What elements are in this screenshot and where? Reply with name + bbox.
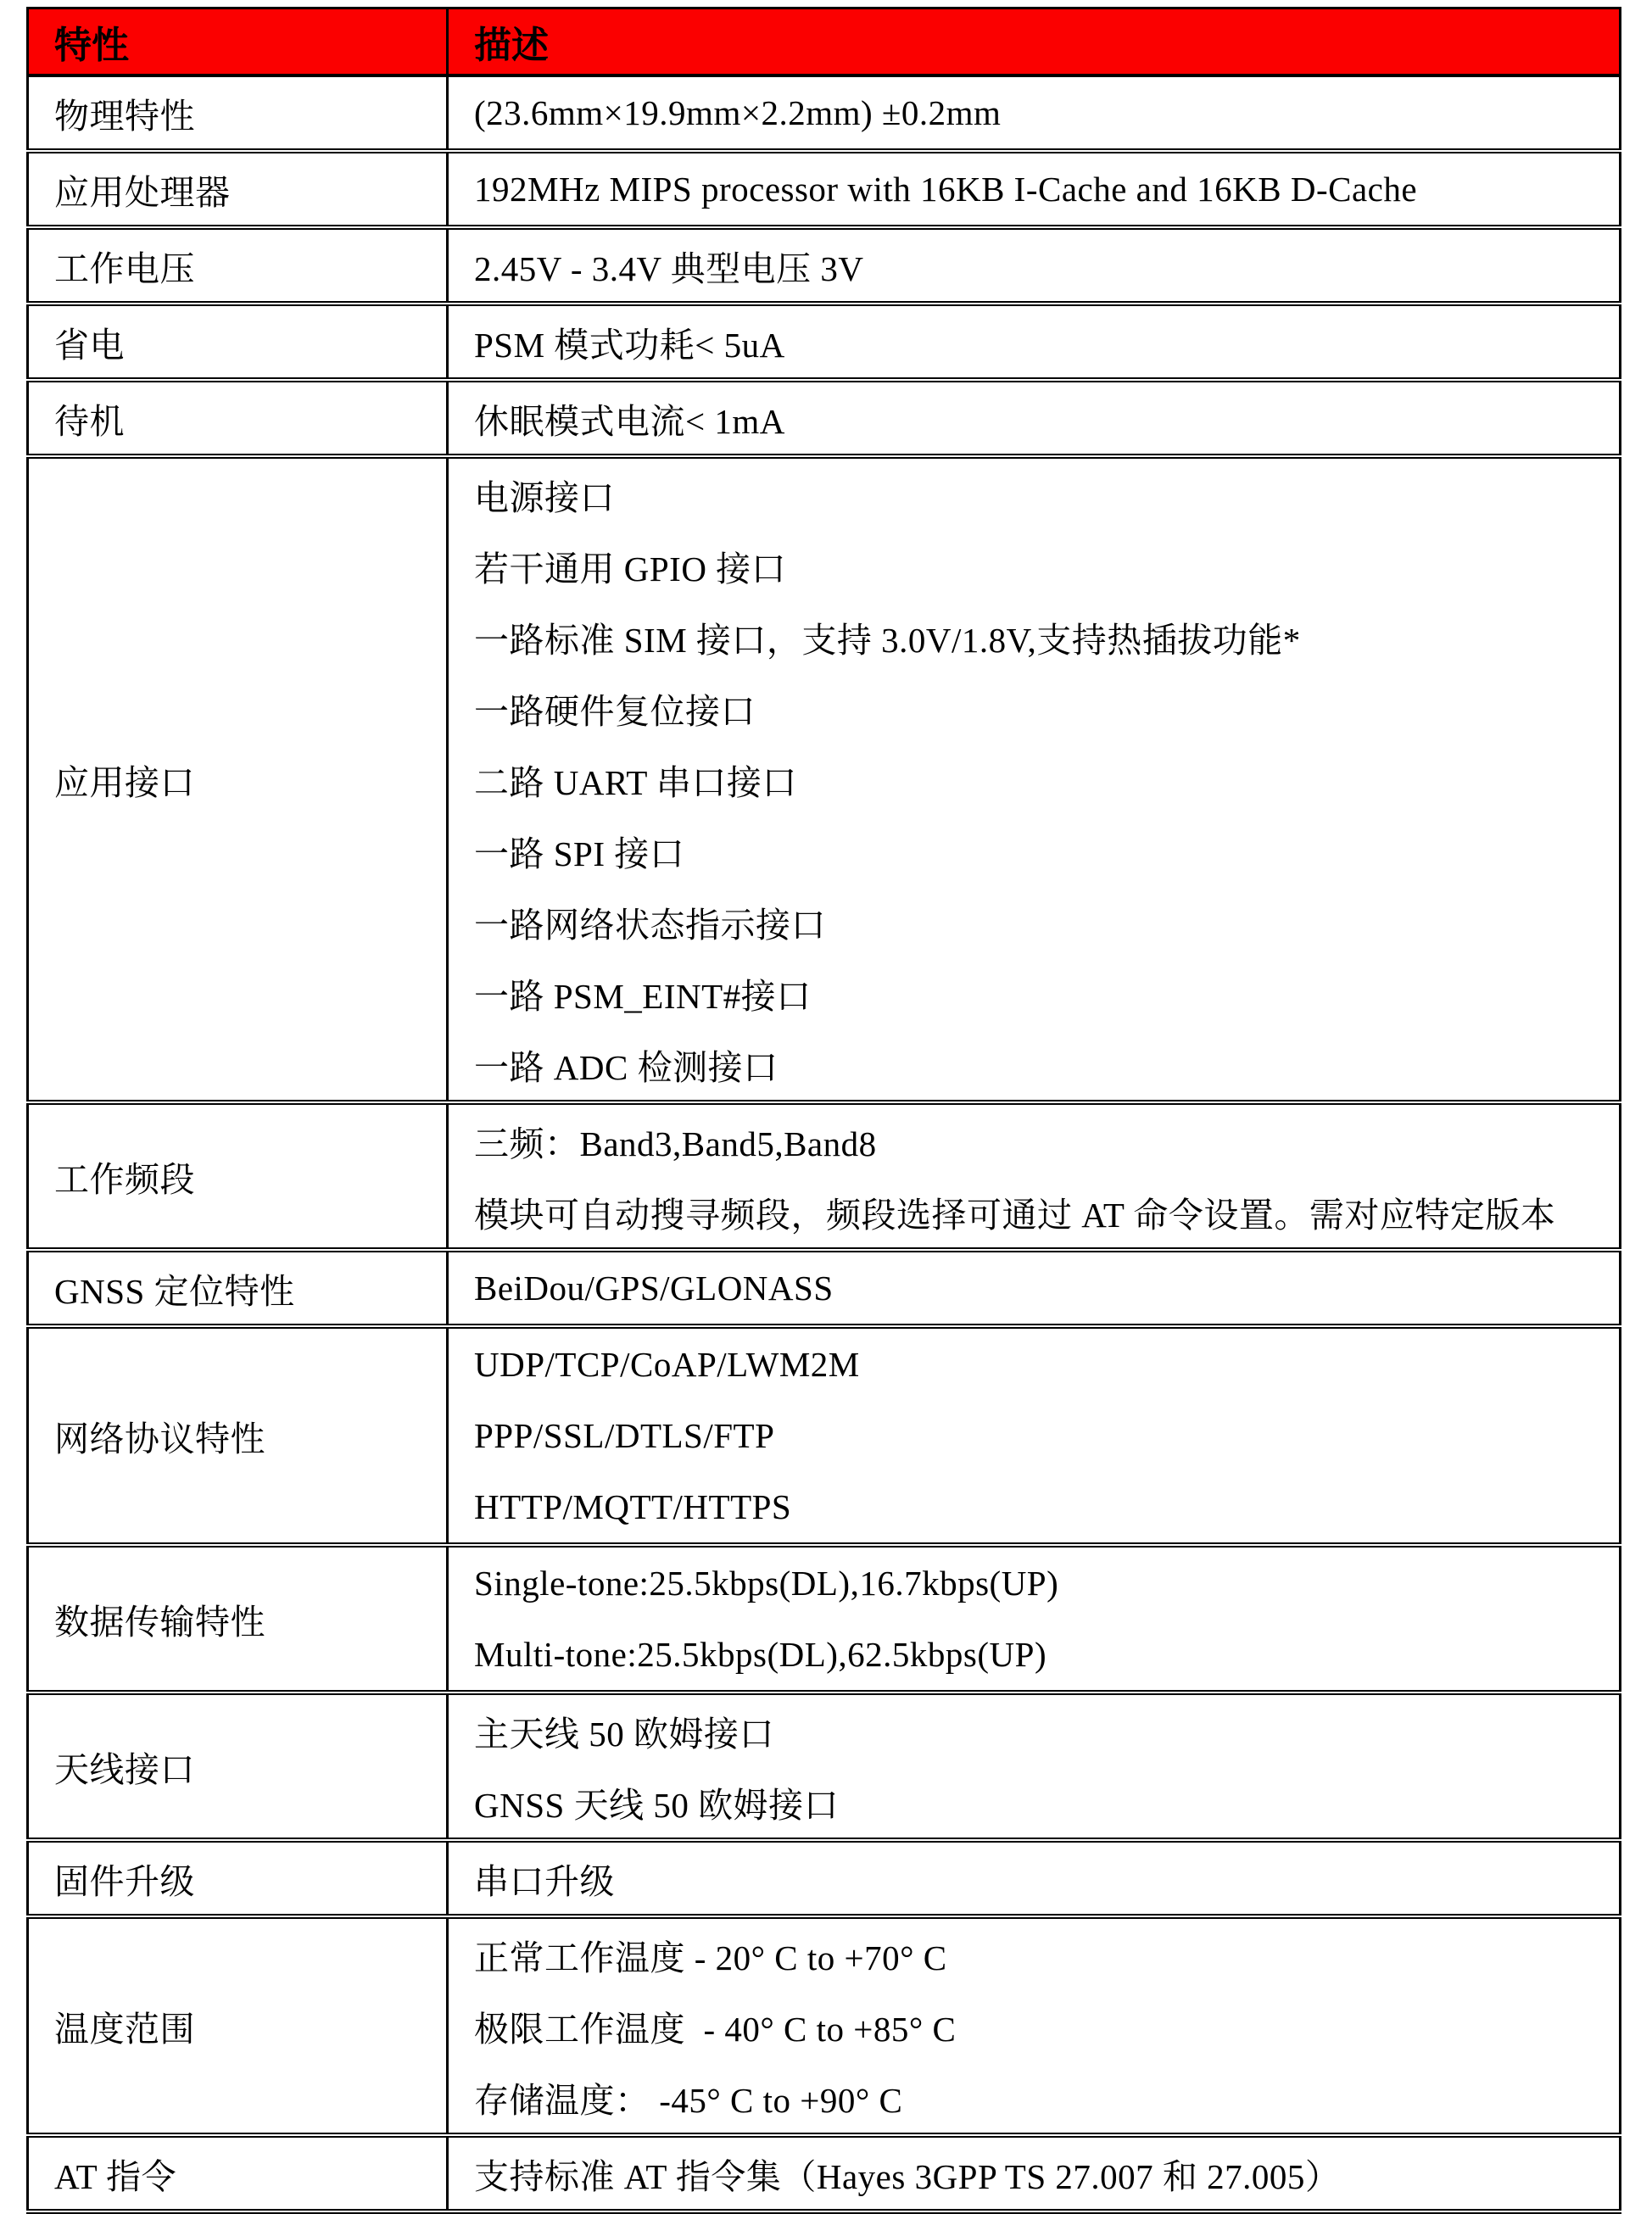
description-cell: 主天线 50 欧姆接口GNSS 天线 50 欧姆接口	[448, 1693, 1621, 1840]
description-line: UDP/TCP/CoAP/LWM2M	[474, 1329, 1614, 1400]
feature-cell: 工作电压	[28, 227, 448, 304]
description-line: 三频：Band3,Band5,Band8	[474, 1105, 1614, 1176]
feature-label: 数据传输特性	[54, 1583, 441, 1654]
table-row: 固件升级串口升级	[28, 1840, 1621, 1916]
description-line: 支持标准 AT 指令集（Hayes 3GPP TS 27.007 和 27.00…	[474, 2138, 1614, 2209]
description-line: 一路 ADC 检测接口	[474, 1029, 1614, 1100]
table-row: GNSS 定位特性BeiDou/GPS/GLONASS	[28, 1250, 1621, 1326]
feature-label: 网络协议特性	[54, 1400, 441, 1471]
description-line: 一路标准 SIM 接口，支持 3.0V/1.8V,支持热插拔功能*	[474, 601, 1614, 672]
table-row: 物理特性(23.6mm×19.9mm×2.2mm) ±0.2mm	[28, 75, 1621, 151]
description-cell: 串口升级	[448, 1840, 1621, 1916]
document-page: 特性 描述 物理特性(23.6mm×19.9mm×2.2mm) ±0.2mm应用…	[0, 0, 1652, 2203]
feature-cell: 省电	[28, 304, 448, 380]
description-line: BeiDou/GPS/GLONASS	[474, 1252, 1614, 1324]
feature-cell: 温度范围	[28, 1916, 448, 2135]
feature-label: 物理特性	[54, 77, 441, 148]
feature-cell: 网络协议特性	[28, 1326, 448, 1545]
description-line: 一路网络状态指示接口	[474, 886, 1614, 957]
description-cell: 休眠模式电流< 1mA	[448, 380, 1621, 456]
feature-cell: AT 指令	[28, 2135, 448, 2211]
description-line: 串口升级	[474, 1843, 1614, 1914]
feature-cell: 应用接口	[28, 456, 448, 1102]
description-line: 一路 PSM_EINT#接口	[474, 957, 1614, 1029]
feature-label: 天线接口	[54, 1731, 441, 1802]
description-line: HTTP/MQTT/HTTPS	[474, 1471, 1614, 1542]
description-line: 模块可自动搜寻频段，频段选择可通过 AT 命令设置。需对应特定版本	[474, 1176, 1614, 1247]
description-cell: PSM 模式功耗< 5uA	[448, 304, 1621, 380]
table-header-row: 特性 描述	[28, 8, 1621, 76]
feature-label: AT 指令	[54, 2138, 441, 2209]
feature-label: GNSS 定位特性	[54, 1252, 441, 1324]
description-line: 二路 UART 串口接口	[474, 744, 1614, 815]
description-cell: 192MHz MIPS processor with 16KB I-Cache …	[448, 151, 1621, 227]
feature-cell: 工作频段	[28, 1102, 448, 1250]
description-line: 一路硬件复位接口	[474, 672, 1614, 744]
table-row: 待机休眠模式电流< 1mA	[28, 380, 1621, 456]
description-line: 2.45V - 3.4V 典型电压 3V	[474, 230, 1614, 301]
feature-label: 工作电压	[54, 230, 441, 301]
description-line: 存储温度： -45° C to +90° C	[474, 2061, 1614, 2133]
feature-cell: 固件升级	[28, 1840, 448, 1916]
feature-cell: GNSS 定位特性	[28, 1250, 448, 1326]
table-row: 省电PSM 模式功耗< 5uA	[28, 304, 1621, 380]
feature-label: 应用处理器	[54, 153, 441, 225]
description-cell: UDP/TCP/CoAP/LWM2MPPP/SSL/DTLS/FTPHTTP/M…	[448, 1326, 1621, 1545]
description-line: 极限工作温度 - 40° C to +85° C	[474, 1990, 1614, 2061]
feature-label: 应用接口	[54, 744, 441, 815]
table-row: AT 指令支持标准 AT 指令集（Hayes 3GPP TS 27.007 和 …	[28, 2135, 1621, 2211]
table-row: 数据传输特性Single-tone:25.5kbps(DL),16.7kbps(…	[28, 1545, 1621, 1693]
table-row: 工作频段三频：Band3,Band5,Band8模块可自动搜寻频段，频段选择可通…	[28, 1102, 1621, 1250]
feature-label: 待机	[54, 382, 441, 454]
description-cell: 三频：Band3,Band5,Band8模块可自动搜寻频段，频段选择可通过 AT…	[448, 1102, 1621, 1250]
description-line: 休眠模式电流< 1mA	[474, 382, 1614, 454]
description-line: 电源接口	[474, 459, 1614, 530]
table-row: 网络协议特性UDP/TCP/CoAP/LWM2MPPP/SSL/DTLS/FTP…	[28, 1326, 1621, 1545]
table-row: 应用接口电源接口若干通用 GPIO 接口一路标准 SIM 接口，支持 3.0V/…	[28, 456, 1621, 1102]
table-row: 工作电压2.45V - 3.4V 典型电压 3V	[28, 227, 1621, 304]
description-line: 一路 SPI 接口	[474, 815, 1614, 886]
header-feature: 特性	[28, 8, 448, 76]
description-line: (23.6mm×19.9mm×2.2mm) ±0.2mm	[474, 77, 1614, 148]
description-line: 若干通用 GPIO 接口	[474, 530, 1614, 601]
description-line: PSM 模式功耗< 5uA	[474, 306, 1614, 377]
feature-label: 固件升级	[54, 1843, 441, 1914]
feature-cell: 待机	[28, 380, 448, 456]
feature-cell: 物理特性	[28, 75, 448, 151]
description-line: Single-tone:25.5kbps(DL),16.7kbps(UP)	[474, 1548, 1614, 1619]
header-description: 描述	[448, 8, 1621, 76]
description-line: GNSS 天线 50 欧姆接口	[474, 1766, 1614, 1838]
feature-cell: 应用处理器	[28, 151, 448, 227]
feature-label: 工作频段	[54, 1140, 441, 1212]
description-cell: 正常工作温度 - 20° C to +70° C极限工作温度 - 40° C t…	[448, 1916, 1621, 2135]
description-cell: 电源接口若干通用 GPIO 接口一路标准 SIM 接口，支持 3.0V/1.8V…	[448, 456, 1621, 1102]
table-row: 天线接口主天线 50 欧姆接口GNSS 天线 50 欧姆接口	[28, 1693, 1621, 1840]
description-cell: BeiDou/GPS/GLONASS	[448, 1250, 1621, 1326]
feature-label: 温度范围	[54, 1990, 441, 2061]
spec-table: 特性 描述 物理特性(23.6mm×19.9mm×2.2mm) ±0.2mm应用…	[26, 7, 1621, 2214]
feature-label: 省电	[54, 306, 441, 377]
description-line: 主天线 50 欧姆接口	[474, 1695, 1614, 1766]
description-line: Multi-tone:25.5kbps(DL),62.5kbps(UP)	[474, 1619, 1614, 1690]
description-cell: 支持标准 AT 指令集（Hayes 3GPP TS 27.007 和 27.00…	[448, 2135, 1621, 2211]
table-row: 应用处理器192MHz MIPS processor with 16KB I-C…	[28, 151, 1621, 227]
description-cell: 2.45V - 3.4V 典型电压 3V	[448, 227, 1621, 304]
feature-cell: 天线接口	[28, 1693, 448, 1840]
table-row: 温度范围正常工作温度 - 20° C to +70° C极限工作温度 - 40°…	[28, 1916, 1621, 2135]
feature-cell: 数据传输特性	[28, 1545, 448, 1693]
description-cell: Single-tone:25.5kbps(DL),16.7kbps(UP)Mul…	[448, 1545, 1621, 1693]
description-cell: (23.6mm×19.9mm×2.2mm) ±0.2mm	[448, 75, 1621, 151]
description-line: 192MHz MIPS processor with 16KB I-Cache …	[474, 153, 1614, 225]
description-line: PPP/SSL/DTLS/FTP	[474, 1400, 1614, 1471]
description-line: 正常工作温度 - 20° C to +70° C	[474, 1919, 1614, 1990]
